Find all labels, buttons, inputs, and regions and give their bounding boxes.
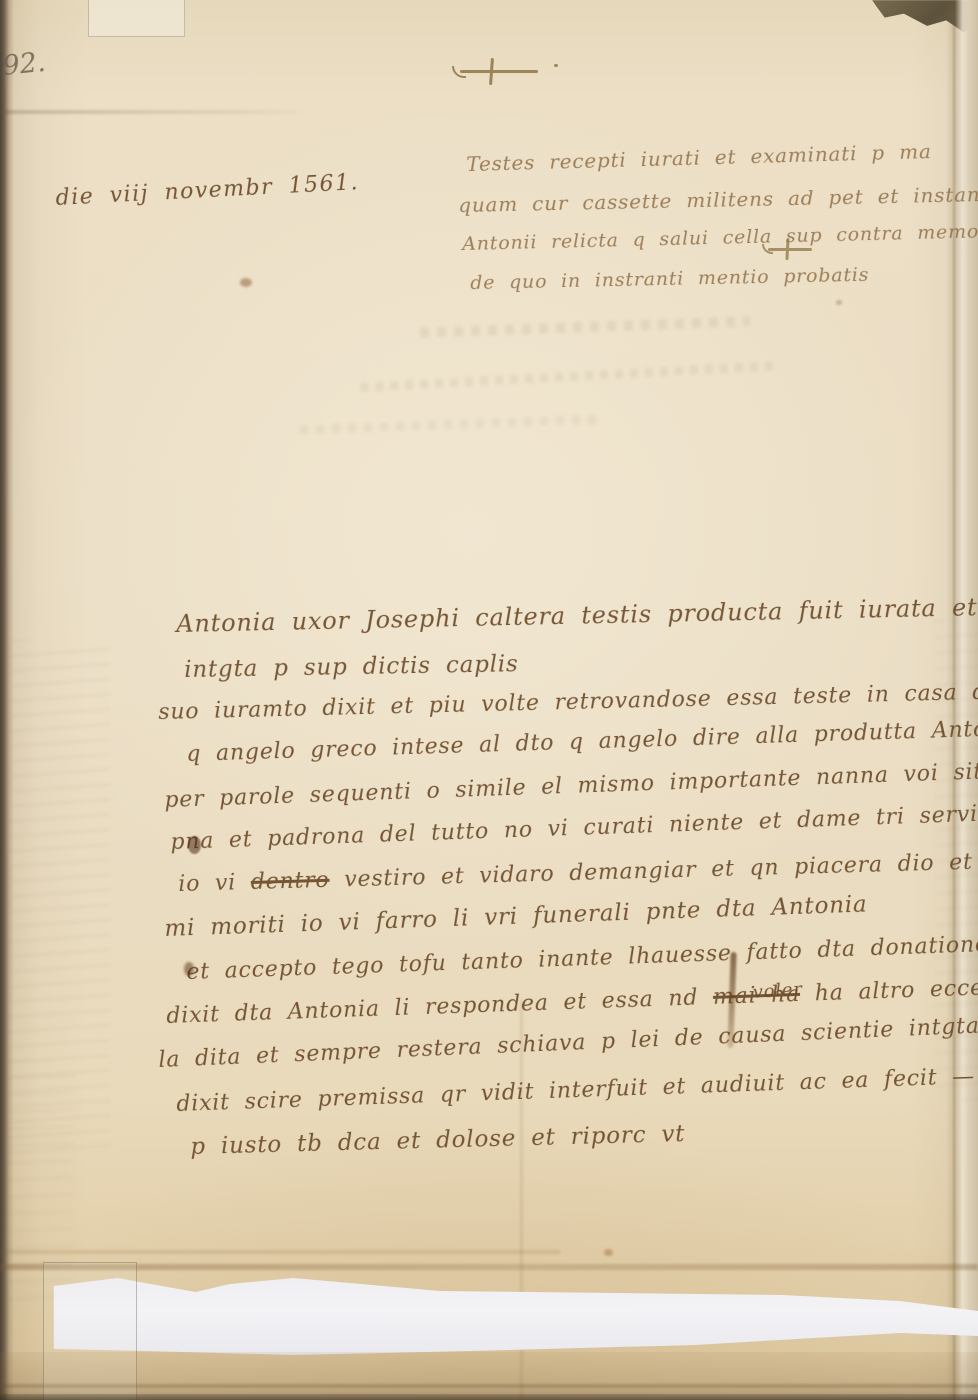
tape-repair-top <box>88 0 185 37</box>
ink-stain <box>240 278 252 287</box>
cross-mark-icon <box>452 58 562 92</box>
body-line-3: suo iuramto dixit et piu volte retrovand… <box>158 679 978 725</box>
header-line-3: Antonii relicta q salui cella sup contra… <box>462 218 978 255</box>
header-line-2: quam cur cassette militens ad pet et ins… <box>458 181 978 217</box>
body-line-7: io vi dentro vestiro et vidaro demangiar… <box>178 850 973 897</box>
small-cross-mark-icon <box>762 238 818 264</box>
bottom-paper-band <box>0 1352 978 1400</box>
header-line-4: de quo in instranti mentio probatis <box>470 264 869 294</box>
show-through-mid-1 <box>420 316 750 338</box>
show-through-left-margin <box>10 640 110 1160</box>
cross-horizontal-stroke <box>768 248 812 251</box>
bottom-crease <box>0 1264 978 1270</box>
ink-stain <box>836 300 842 305</box>
body-line-2: intgta p sup dictis caplis <box>184 651 519 683</box>
line-7-text: io vi <box>178 870 236 897</box>
bottom-crease-lower <box>0 1384 978 1388</box>
interlinear-insertion: voler <box>752 979 803 1003</box>
show-through-mid-2 <box>360 361 780 392</box>
body-line-13: p iusto tb dca et dolose et riporc vt <box>190 1121 686 1160</box>
body-line-9: et accepto tego tofu tanto inante lhaues… <box>186 930 978 985</box>
body-line-5: per parole sequenti o simile el mismo im… <box>164 758 978 813</box>
body-line-4: q angelo greco intese al dto q angelo di… <box>186 716 978 767</box>
header-line-1: Testes recepti iurati et examinati p ma <box>466 139 932 176</box>
cross-horizontal-stroke <box>460 70 538 73</box>
line-7-text-after: vestiro et vidaro demangiar et qn piacer… <box>344 850 973 893</box>
line-7-struck-word: dentro <box>251 868 330 895</box>
ink-stain <box>604 1249 613 1256</box>
ink-blot <box>188 836 201 854</box>
top-crease <box>0 110 310 114</box>
body-line-1: Antonia uxor Josephi caltera testis prod… <box>176 593 978 638</box>
binding-edge <box>0 0 14 1400</box>
body-line-12: dixit scire premissa qr vidit interfuit … <box>176 1064 975 1117</box>
body-line-8: mi moriti io vi farro li vri funerali pn… <box>164 891 868 942</box>
line-10-text: dixit dta Antonia li respondea et essa n… <box>166 985 699 1029</box>
date-line: die viij novembr 1561. <box>55 170 360 211</box>
show-through-mid-3 <box>300 415 600 434</box>
tape-repair-bottom-left <box>43 1262 137 1400</box>
page-bottom-edge <box>0 1394 978 1400</box>
manuscript-page: 92. die viij novembr 1561. Testes recept… <box>0 0 978 1400</box>
ink-blot <box>184 962 194 976</box>
bottom-crease-faint <box>0 1250 560 1254</box>
cross-dot <box>554 64 558 67</box>
